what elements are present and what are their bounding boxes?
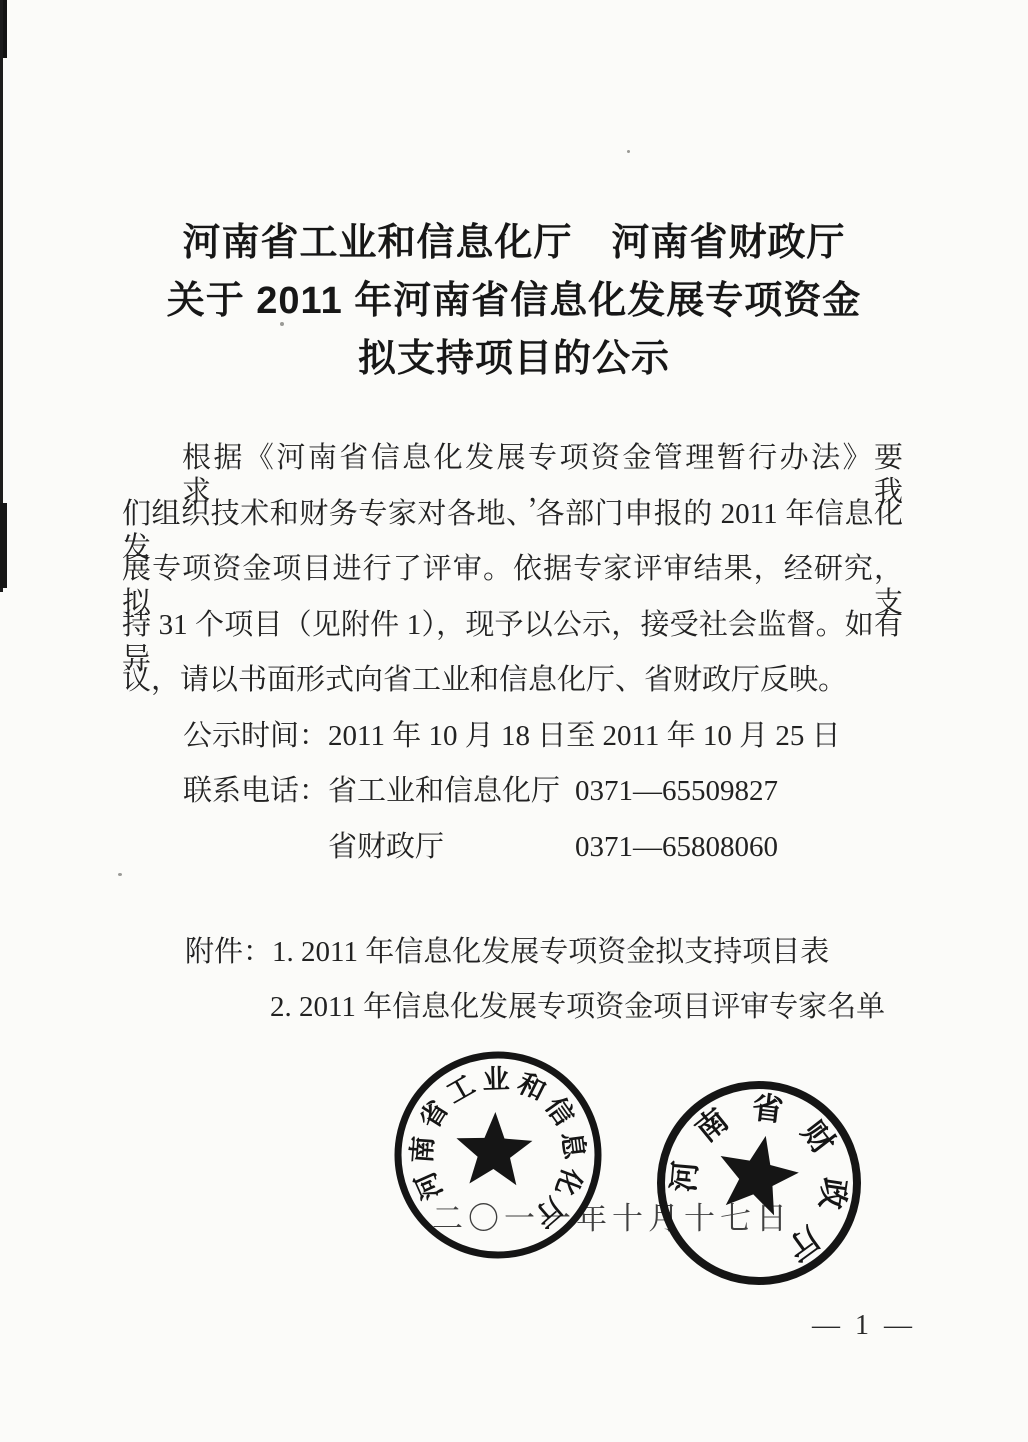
contact-dept-2: 省财政厅 [328, 830, 575, 864]
star-icon [455, 1111, 533, 1186]
attachment-label: 附件： [185, 936, 272, 968]
contact-label: 联系电话： [183, 775, 328, 807]
contact-dept-1: 省工业和信息化厅 [328, 774, 575, 808]
contact-line-2: 省财政厅0371—65808060 [328, 830, 778, 864]
attachment-line-1: 附件：1. 2011 年信息化发展专项资金拟支持项目表 [185, 935, 829, 969]
svg-text:化: 化 [550, 1163, 589, 1200]
svg-text:省: 省 [750, 1090, 785, 1128]
svg-text:河: 河 [666, 1160, 704, 1194]
contact-line-1: 联系电话：省工业和信息化厅0371—65509827 [183, 774, 778, 808]
attachment-line-2: 2. 2011 年信息化发展专项资金项目评审专家名单 [270, 990, 885, 1024]
seal-industry-information-dept: 河南省工业和信息化厅 [390, 1048, 606, 1264]
scan-edge-artifact [0, 503, 7, 588]
notice-time-value: 2011 年 10 月 18 日至 2011 年 10 月 25 日 [328, 720, 841, 752]
document-title-line-3: 拟支持项目的公示 [0, 336, 1028, 382]
star-icon [711, 1128, 805, 1219]
contact-phone-2: 0371—65808060 [575, 831, 778, 863]
notice-time-label: 公示时间： [183, 720, 328, 752]
document-title-line-1: 河南省工业和信息化厅 河南省财政厅 [0, 220, 1028, 266]
svg-text:省: 省 [414, 1095, 454, 1134]
svg-text:河: 河 [410, 1167, 448, 1204]
svg-text:业: 业 [482, 1064, 510, 1095]
notice-time-line: 公示时间：2011 年 10 月 18 日至 2011 年 10 月 25 日 [183, 719, 841, 753]
svg-text:政: 政 [813, 1176, 852, 1212]
scanned-document-page: 河南省工业和信息化厅 河南省财政厅 关于 2011 年河南省信息化发展专项资金 … [0, 0, 1028, 1442]
attachment-item-2: 2. 2011 年信息化发展专项资金项目评审专家名单 [270, 991, 885, 1023]
svg-text:息: 息 [556, 1130, 590, 1162]
page-number: — 1 — [812, 1310, 916, 1342]
svg-text:南: 南 [407, 1135, 439, 1164]
svg-text:厅: 厅 [528, 1192, 568, 1232]
paragraph-line: 议，请以书面形式向省工业和信息化厅、省财政厅反映。 [122, 663, 847, 697]
svg-text:信: 信 [540, 1091, 581, 1131]
scan-speck [627, 150, 630, 153]
svg-text:工: 工 [441, 1070, 479, 1109]
svg-text:和: 和 [513, 1068, 551, 1107]
document-title-line-2: 关于 2011 年河南省信息化发展专项资金 [0, 278, 1028, 324]
scan-speck [118, 873, 122, 876]
seal-finance-dept: 河南省财政厅 [654, 1078, 866, 1290]
contact-phone-1: 0371—65509827 [575, 775, 778, 807]
attachment-item-1: 1. 2011 年信息化发展专项资金拟支持项目表 [272, 936, 829, 968]
